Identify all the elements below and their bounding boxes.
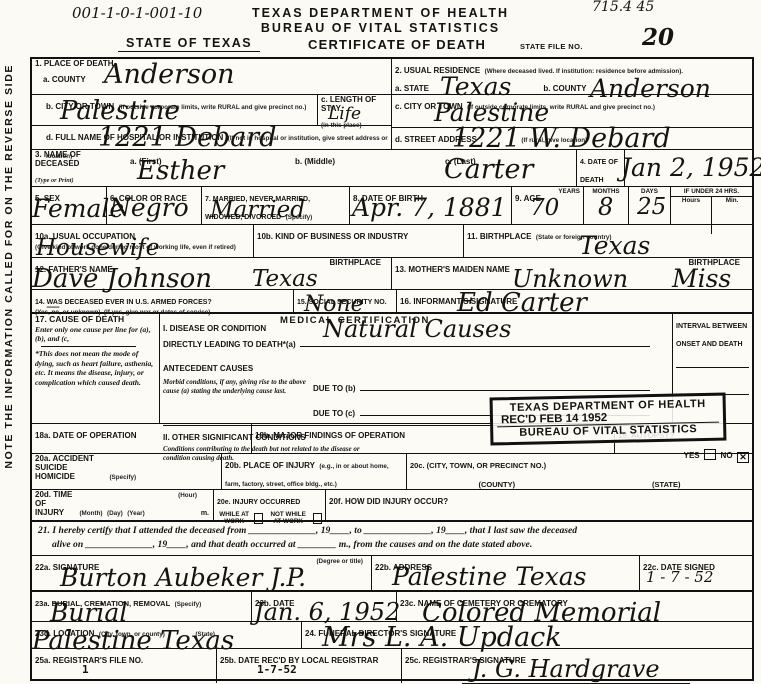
- cause-margin-cell: 17. CAUSE OF DEATH Enter only one cause …: [32, 314, 160, 423]
- interval-label: INTERVAL BETWEEN ONSET AND DEATH: [676, 323, 747, 348]
- antecedent-note: Morbid conditions, if any, giving rise t…: [163, 378, 313, 396]
- due-to-b-blank: [360, 381, 650, 391]
- age-months-value: 8: [598, 195, 613, 219]
- cemetery-cell: 23c. NAME OF CEMETERY OR CREMATORY Color…: [397, 592, 752, 621]
- age-years-label: YEARS: [558, 188, 580, 195]
- row-vitals: 5. SEX Female 6. COLOR OR RACE Negro 7. …: [32, 187, 752, 225]
- how-injury-cell: 20f. HOW DID INJURY OCCUR?: [326, 490, 752, 520]
- registrar-file-label: 25a. REGISTRAR'S FILE NO.: [35, 656, 143, 665]
- first-name-cell: a. (First) Esther: [127, 150, 292, 186]
- residence-county-value: Anderson: [590, 76, 711, 101]
- row-injury-place: 20a. ACCIDENT SUICIDE HOMICIDE (Specify)…: [32, 454, 752, 490]
- certificate-title: CERTIFICATE OF DEATH: [308, 37, 486, 52]
- registrar-date-label: 25b. DATE REC'D BY LOCAL REGISTRAR: [220, 656, 378, 665]
- place-of-injury-label: 20b. PLACE OF INJURY: [225, 461, 315, 470]
- accident-cell: 20a. ACCIDENT SUICIDE HOMICIDE (Specify): [32, 454, 222, 489]
- birthplace-value: Texas: [579, 233, 650, 258]
- registrar-date-value: 1-7-52: [257, 663, 297, 676]
- cause-title: 17. CAUSE OF DEATH: [35, 315, 156, 325]
- state-of-texas-label: STATE OF TEXAS: [118, 36, 260, 52]
- row-burial: 23a. BURIAL, CREMATION, REMOVAL (Specify…: [32, 592, 752, 622]
- registrar-date-cell: 25b. DATE REC'D BY LOCAL REGISTRAR 1-7-5…: [217, 649, 402, 683]
- residence-state-value: Texas: [440, 74, 511, 99]
- injury-county-label: (COUNTY): [478, 481, 515, 489]
- city-value: Palestine: [60, 98, 180, 124]
- hour-note: (Hour): [178, 492, 197, 499]
- address-cell: 22b. ADDRESS Palestine Texas: [372, 556, 640, 590]
- county-label: a. COUNTY: [43, 75, 86, 84]
- injury-city-cell: 20c. (CITY, TOWN, OR PRECINCT NO.) (COUN…: [407, 454, 752, 489]
- address-value: Palestine Texas: [392, 564, 586, 589]
- month-note: (Month): [79, 510, 102, 517]
- father-cell: 12. FATHER'S NAME BIRTHPLACE Dave Johnso…: [32, 258, 392, 289]
- row-occupation: 10a. USUAL OCCUPATION (Give kind of work…: [32, 225, 752, 258]
- place-of-injury-cell: 20b. PLACE OF INJURY (e.g., in or about …: [222, 454, 407, 489]
- father-birthplace-value: Texas: [252, 268, 318, 291]
- injury-occurred-label: 20e. INJURY OCCURRED: [217, 499, 300, 506]
- row-injury-time: 20d. TIME OF INJURY (Month) (Day) (Year)…: [32, 490, 752, 522]
- funeral-director-value: Mrs L. A. Updack: [322, 624, 562, 651]
- date-of-death-label: 4. DATE OF DEATH: [580, 159, 618, 184]
- last-name-cell: c. (Last) Carter: [442, 150, 577, 186]
- dob-cell: 8. DATE OF BIRTH Apr. 7, 1881: [350, 187, 512, 224]
- death-certificate-scan: NOTE THE INFORMATION CALLED FOR ON THE R…: [0, 0, 761, 684]
- business-label: 10b. KIND OF BUSINESS OR INDUSTRY: [257, 232, 408, 241]
- dob-value: Apr. 7, 1881: [352, 195, 507, 220]
- burial-date-value: Jan. 6, 1952: [254, 600, 400, 624]
- age-days-value: 25: [637, 196, 666, 219]
- ssn-value: None: [304, 294, 364, 316]
- first-name-value: Esther: [137, 158, 224, 184]
- date-signed-value: 1 - 7 - 52: [646, 570, 713, 585]
- street-address-value: 1221 W. Debard: [452, 125, 671, 152]
- middle-name-label: b. (Middle): [295, 157, 335, 166]
- accident-label: 20a. ACCIDENT SUICIDE HOMICIDE: [35, 455, 105, 482]
- burial-date-cell: 23b. DATE Jan. 6, 1952: [252, 592, 397, 621]
- age-under24-cell: IF UNDER 24 HRS. Hours Min.: [671, 187, 752, 224]
- race-cell: 6. COLOR OR RACE Negro: [107, 187, 202, 224]
- registrar-signature-cell: 25c. REGISTRAR'S SIGNATURE J. G. Hardgra…: [402, 649, 752, 683]
- date-of-death-value-cell: Jan 2, 1952: [625, 150, 752, 186]
- time-of-injury-label: 20d. TIME OF INJURY: [35, 491, 75, 518]
- residence-city-value: Palestine: [434, 100, 549, 125]
- armed-forces-value: —: [46, 300, 60, 314]
- row-place-residence: 1. PLACE OF DEATH a. COUNTY Anderson b. …: [32, 59, 752, 150]
- time-of-injury-cell: 20d. TIME OF INJURY (Month) (Day) (Year)…: [32, 490, 214, 520]
- disease-value: Natural Causes: [323, 317, 511, 341]
- age-years-value: 70: [530, 197, 559, 220]
- mother-birthplace-value: Miss: [672, 266, 731, 291]
- operation-date-label: 18a. DATE OF OPERATION: [35, 431, 137, 440]
- age-months-cell: MONTHS 8: [584, 187, 629, 224]
- mother-label: 13. MOTHER'S MAIDEN NAME: [395, 265, 510, 274]
- disease-label-2: DIRECTLY LEADING TO DEATH*: [163, 340, 286, 349]
- marital-value: Married: [210, 199, 305, 222]
- usual-residence-section: 2. USUAL RESIDENCE (Where deceased lived…: [392, 59, 752, 149]
- hospital-value: 1221 Debard: [98, 124, 277, 151]
- birthplace-cell: 11. BIRTHPLACE (State or foreign country…: [464, 225, 752, 257]
- occupation-cell: 10a. USUAL OCCUPATION (Give kind of work…: [32, 225, 254, 257]
- year-note: (Year): [127, 510, 145, 517]
- funeral-director-cell: 24. FUNERAL DIRECTOR'S SIGNATURE Mrs L. …: [302, 622, 752, 648]
- disease-a-label: (a): [286, 340, 296, 349]
- row-signature: 22a. SIGNATURE (Degree or title) Burton …: [32, 556, 752, 592]
- cause-margin-note1: Enter only one cause per line for (a), (…: [35, 325, 156, 344]
- mother-cell: 13. MOTHER'S MAIDEN NAME BIRTHPLACE Unkn…: [392, 258, 752, 289]
- interval-blank-1: [676, 367, 749, 368]
- certificate-header: 001-1-0-1-001-10 715.4 45 TEXAS DEPARTME…: [0, 0, 761, 57]
- how-injury-label: 20f. HOW DID INJURY OCCUR?: [329, 497, 448, 506]
- row-certify-statement: 21. I hereby certify that I attended the…: [32, 522, 752, 556]
- operation-findings-label: 18b. MAJOR FINDINGS OF OPERATION: [255, 431, 405, 440]
- date-signed-cell: 22c. DATE SIGNED 1 - 7 - 52: [640, 556, 752, 590]
- birthplace-label: 11. BIRTHPLACE: [467, 232, 531, 241]
- accident-note: (Specify): [109, 474, 136, 481]
- signature-value: Burton Aubeker J.P.: [60, 565, 306, 590]
- injury-occurred-cell: 20e. INJURY OCCURRED WHILE AT WORK NOT W…: [214, 490, 326, 520]
- occupation-value: Housewife: [36, 237, 159, 260]
- antecedent-label: ANTECEDENT CAUSES: [163, 364, 253, 373]
- burial-type-cell: 23a. BURIAL, CREMATION, REMOVAL (Specify…: [32, 592, 252, 621]
- age-days-cell: DAYS 25: [629, 187, 671, 224]
- armed-forces-label: 14. WAS DECEASED EVER IN U.S. ARMED FORC…: [35, 299, 212, 306]
- m-note: m.: [201, 510, 209, 518]
- place-of-death-section: 1. PLACE OF DEATH a. COUNTY Anderson b. …: [32, 59, 392, 149]
- name-note: (Type or Print): [35, 177, 74, 184]
- received-stamp: TEXAS DEPARTMENT OF HEALTH REC'D FEB 14 …: [490, 393, 727, 446]
- department-title: TEXAS DEPARTMENT OF HEALTH: [0, 6, 761, 20]
- signature-cell: 22a. SIGNATURE (Degree or title) Burton …: [32, 556, 372, 590]
- burial-type-value: Burial: [50, 600, 127, 625]
- under-24-label: IF UNDER 24 HRS.: [671, 187, 752, 197]
- sex-cell: 5. SEX Female: [32, 187, 107, 224]
- last-name-value: Carter: [444, 156, 533, 183]
- father-value: Dave Johnson: [32, 266, 212, 292]
- burial-type-note: (Specify): [175, 601, 202, 608]
- cause-margin-note2: *This does not mean the mode of dying, s…: [35, 349, 156, 387]
- residence-county-label: b. COUNTY: [543, 84, 586, 93]
- marital-cell: 7. MARRIED, NEVER MARRIED, WIDOWED, DIVO…: [202, 187, 350, 224]
- business-cell: 10b. KIND OF BUSINESS OR INDUSTRY: [254, 225, 464, 257]
- ssn-cell: 15. SOCIAL SECURITY NO. None: [294, 290, 397, 312]
- certify-statement-cell: 21. I hereby certify that I attended the…: [32, 522, 752, 555]
- certify-line-2: alive on ______________, 19____, and tha…: [52, 538, 746, 552]
- registrar-file-value: 1: [82, 663, 89, 676]
- age-years-cell: 9. AGE YEARS 70: [512, 187, 584, 224]
- row-name: 3. NAME OF DECEASED (Type or Print) a. (…: [32, 150, 752, 187]
- row-parents: 12. FATHER'S NAME BIRTHPLACE Dave Johnso…: [32, 258, 752, 290]
- state-file-no-label: STATE FILE NO.: [520, 42, 583, 51]
- name-label-cell: 3. NAME OF DECEASED (Type or Print): [32, 150, 127, 186]
- state-file-no-value: 20: [642, 26, 674, 49]
- injury-state-label: (STATE): [652, 481, 680, 489]
- date-of-death-value: Jan 2, 1952: [621, 155, 761, 180]
- length-of-stay-value: Life: [328, 106, 361, 123]
- race-value: Negro: [109, 195, 189, 220]
- certify-line-1: 21. I hereby certify that I attended the…: [38, 524, 746, 538]
- date-of-death-label-cell: 4. DATE OF DEATH: [577, 150, 625, 186]
- operation-date-cell: 18a. DATE OF OPERATION: [32, 424, 252, 453]
- informant-value: Ed Carter: [457, 290, 587, 316]
- informant-cell: 16. INFORMANT'S SIGNATURE Ed Carter: [397, 290, 752, 312]
- registrar-signature-value: J. G. Hardgrave: [462, 657, 690, 684]
- middle-name-cell: b. (Middle): [292, 150, 442, 186]
- residence-state-label: a. STATE: [395, 84, 429, 93]
- county-value: Anderson: [104, 61, 235, 88]
- father-birthplace-label: BIRTHPLACE: [329, 259, 381, 268]
- due-to-b-label: DUE TO (b): [313, 384, 356, 393]
- signature-degree-note: (Degree or title): [316, 558, 363, 565]
- burial-location-value: Palestine Texas: [32, 628, 234, 654]
- due-to-c-label: DUE TO (c): [313, 409, 355, 418]
- name-label: 3. NAME OF DECEASED: [35, 151, 124, 169]
- day-note: (Day): [107, 510, 123, 517]
- injury-city-label: 20c. (CITY, TOWN, OR PRECINCT NO.): [410, 461, 546, 470]
- reverse-side-note: NOTE THE INFORMATION CALLED FOR ON THE R…: [3, 64, 15, 469]
- certificate-form: 1. PLACE OF DEATH a. COUNTY Anderson b. …: [30, 57, 754, 681]
